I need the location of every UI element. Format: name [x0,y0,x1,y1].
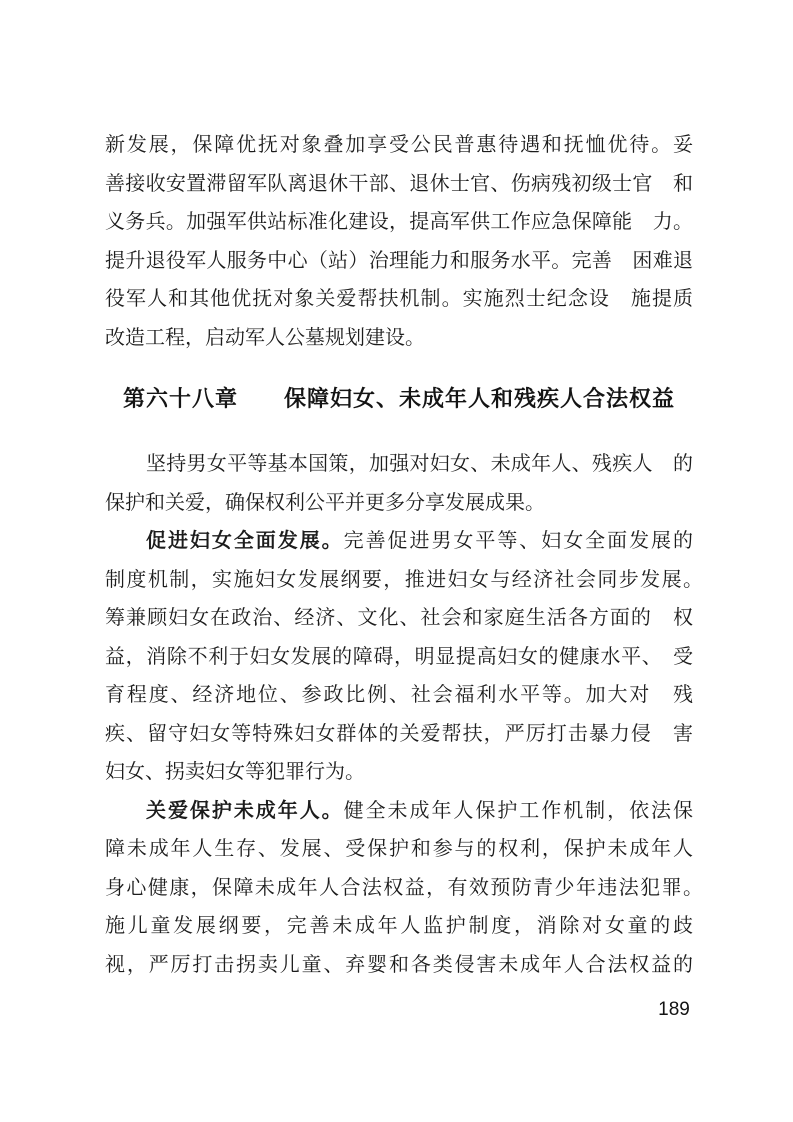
paragraph-lead-rest: 健全未成年人保护工作机制，依法保 [344,800,693,822]
text-line: 益，消除不利于妇女发展的障碍，明显提高妇女的健康水平、 受教 [105,638,693,677]
text-line: 筹兼顾妇女在政治、经济、文化、社会和家庭生活各方面的 权 [105,599,693,638]
text-line: 新发展，保障优抚对象叠加享受公民普惠待遇和抚恤优待。妥 [105,126,693,165]
text-line: 保护和关爱，确保权利公平并更多分享发展成果。 [105,484,693,523]
text-line: 关爱保护未成年人。健全未成年人保护工作机制，依法保 [105,792,693,831]
page-number: 189 [655,999,693,1021]
paragraph-lead-rest: 完善促进男女平等、妇女全面发展的 [344,530,693,552]
document-page: 新发展，保障优抚对象叠加享受公民普惠待遇和抚恤优待。妥 善接收安置滞留军队离退休… [0,0,793,1122]
text-line: 疾、留守妇女等特殊妇女群体的关爱帮扶，严厉打击暴力侵 害 [105,715,693,754]
text-line: 提升退役军人服务中心（站）治理能力和服务水平。完善 困难退 [105,242,693,281]
text-line: 促进妇女全面发展。完善促进男女平等、妇女全面发展的 [105,522,693,561]
text-line: 坚持男女平等基本国策，加强对妇女、未成年人、残疾人 的 [105,445,693,484]
text-line: 善接收安置滞留军队离退休干部、退休士官、伤病残初级士官 和 [105,165,693,204]
text-line: 改造工程，启动军人公墓规划建设。 [105,319,693,358]
text-line: 役军人和其他优抚对象关爱帮扶机制。实施烈士纪念设 施提质 [105,280,693,319]
text-line: 育程度、经济地位、参政比例、社会福利水平等。加大对 残 [105,676,693,715]
paragraph-lead: 关爱保护未成年人。 [146,800,344,822]
text-block: 新发展，保障优抚对象叠加享受公民普惠待遇和抚恤优待。妥 善接收安置滞留军队离退休… [105,126,693,984]
text-line: 视，严厉打击拐卖儿童、弃婴和各类侵害未成年人合法权益的 [105,946,693,985]
chapter-heading: 第六十八章 保障妇女、未成年人和残疾人合法权益 [105,378,693,420]
text-line: 身心健康，保障未成年人合法权益，有效预防青少年违法犯罪。 实 [105,869,693,908]
text-line: 障未成年人生存、发展、受保护和参与的权利，保护未成年人 [105,830,693,869]
text-line: 妇女、拐卖妇女等犯罪行为。 [105,753,693,792]
paragraph-lead: 促进妇女全面发展。 [146,530,344,552]
text-line: 义务兵。加强军供站标准化建设，提高军供工作应急保障能 力。 [105,203,693,242]
text-line: 制度机制，实施妇女发展纲要，推进妇女与经济社会同步发展。 统 [105,561,693,600]
text-line: 施儿童发展纲要，完善未成年人监护制度，消除对女童的歧 [105,907,693,946]
